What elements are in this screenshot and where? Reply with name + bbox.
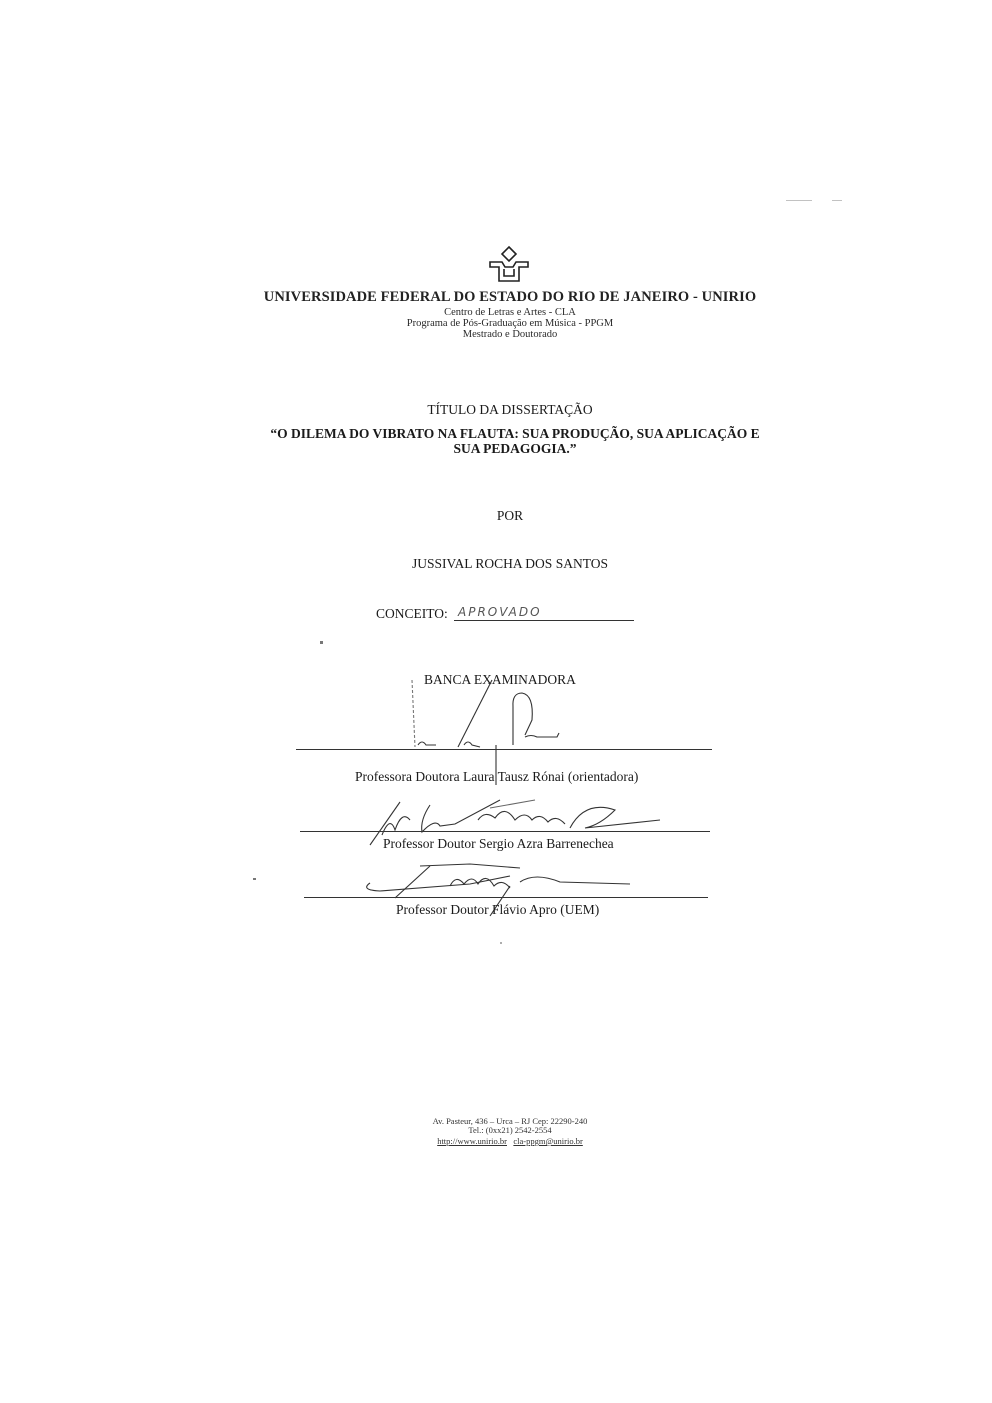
scan-artifact (320, 641, 323, 644)
author-name: JUSSIVAL ROCHA DOS SANTOS (360, 556, 660, 572)
committee-member-3: Professor Doutor Flávio Apro (UEM) (396, 902, 599, 918)
dissertation-title-label: TÍTULO DA DISSERTAÇÃO (360, 402, 660, 418)
scan-artifact (253, 878, 256, 880)
dissertation-title-line-1: “O DILEMA DO VIBRATO NA FLAUTA: SUA PROD… (240, 426, 790, 442)
grade-underline (454, 620, 634, 621)
email-link[interactable]: cla-ppgm@unirio.br (513, 1136, 582, 1146)
grade-label: CONCEITO: (376, 606, 448, 622)
signature-line (304, 897, 708, 898)
scan-artifact (786, 200, 812, 201)
degree-levels: Mestrado e Doutorado (360, 329, 660, 340)
dissertation-title-line-2: SUA PEDAGOGIA.” (240, 441, 790, 457)
grade-value: APROVADO (458, 605, 542, 619)
committee-member-1: Professora Doutora Laura Tausz Rónai (or… (355, 769, 638, 785)
footer-links: http://www.unirio.br cla-ppgm@unirio.br (400, 1136, 620, 1146)
signature-line (300, 831, 710, 832)
university-name: UNIVERSIDADE FEDERAL DO ESTADO DO RIO DE… (230, 289, 790, 306)
program-name: Programa de Pós-Graduação em Música - PP… (360, 318, 660, 329)
committee-member-2: Professor Doutor Sergio Azra Barrenechea (383, 836, 614, 852)
scan-artifact (500, 942, 502, 944)
website-link[interactable]: http://www.unirio.br (437, 1136, 507, 1146)
scan-artifact (832, 200, 842, 201)
unirio-logo-icon (486, 245, 532, 285)
center-name: Centro de Letras e Artes - CLA (360, 307, 660, 318)
by-label: POR (460, 508, 560, 524)
signature-line (296, 749, 712, 750)
footer-phone: Tel.: (0xx21) 2542-2554 (400, 1125, 620, 1135)
